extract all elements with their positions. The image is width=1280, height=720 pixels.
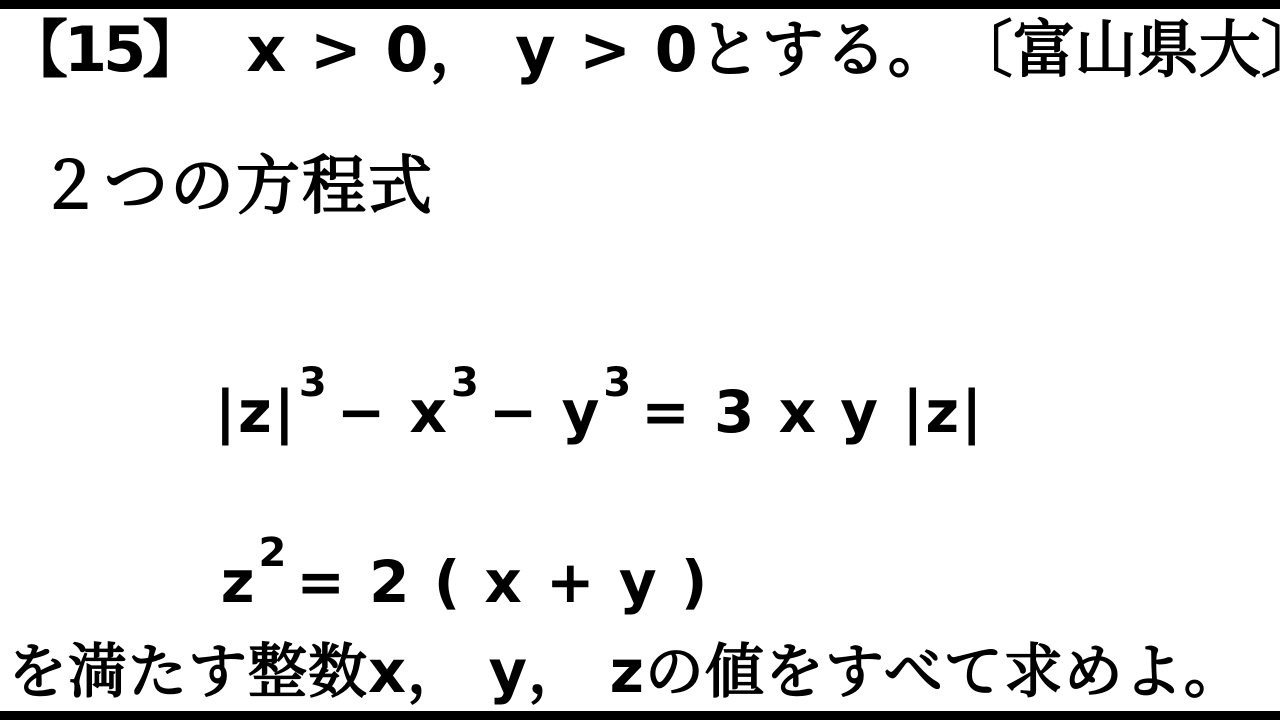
equation-2-base: z — [221, 548, 257, 616]
header-line: 【15】 x > 0， y > 0とする。 〔富山県大〕 — [6, 16, 1270, 84]
equation-1-term3-base: − y — [489, 378, 602, 446]
equation-2-superscript: 2 — [259, 529, 287, 577]
equation-1-term1-superscript: 3 — [299, 359, 327, 407]
equations-intro: ２つの方程式 — [38, 152, 434, 222]
equation-1-term1-base: |z| — [215, 378, 297, 446]
letterbox-top — [0, 0, 1280, 9]
math-problem-slide: 【15】 x > 0， y > 0とする。 〔富山県大〕 ２つの方程式 |z|3… — [0, 0, 1280, 720]
letterbox-bottom — [0, 711, 1280, 720]
problem-number: 【15】 — [6, 16, 200, 84]
problem-condition: x > 0， y > 0とする。 — [246, 16, 951, 84]
equation-1-term2-superscript: 3 — [451, 359, 479, 407]
equation-1-rhs: = 3 x y |z| — [641, 378, 984, 446]
equation-1-term2-base: − x — [337, 378, 449, 446]
equation-1-term3-superscript: 3 — [603, 359, 631, 407]
equation-2-rhs: = 2 ( x + y ) — [296, 548, 709, 616]
problem-source: 〔富山県大〕 — [951, 16, 1280, 84]
problem-question: を満たす整数x， y， zの値をすべて求めよ。 — [8, 638, 1244, 706]
